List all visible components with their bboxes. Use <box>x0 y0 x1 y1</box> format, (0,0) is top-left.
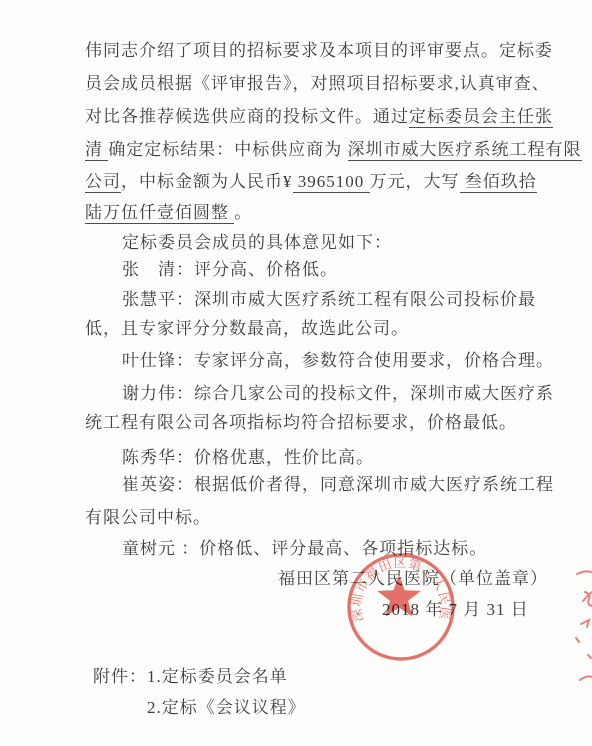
doc-line-11: 叶仕锋：专家评分高，参数符合使用要求，价格合理。 <box>122 350 554 372</box>
underlined-text: 叁佰玖拾 <box>460 172 537 193</box>
doc-line-16: 有限公司中标。 <box>85 507 211 529</box>
text-run: 伟同志介绍了项目的招标要求及本项目的评审要点。定标委 <box>85 41 553 60</box>
doc-line-12: 谢力伟：综合几家公司的投标文件，深圳市威大医疗系 <box>122 383 554 405</box>
text-run: 对比各推荐候选供应商的投标文件。通过 <box>85 107 409 126</box>
signature-org-line: 福田区第二人民医院（单位盖章） <box>278 568 548 590</box>
ink-mark-icon <box>580 676 592 680</box>
underlined-text: 深圳市威大医疗系统工程有限 <box>348 140 582 161</box>
doc-line-14: 陈秀华：价格优惠，性价比高。 <box>122 447 374 469</box>
doc-line-17: 童树元 ：价格低、评分最高、各项指标达标。 <box>122 538 487 560</box>
text-run: 员会成员根据《评审报告》，对照项目招标要求,认真审查、 <box>85 74 550 93</box>
text-run: 确定定标结果：中标供应商为 <box>108 140 347 159</box>
text-run: 定标委员会成员的具体意见如下： <box>122 233 392 252</box>
ink-mark-icon <box>577 571 591 574</box>
underlined-text: 清 <box>85 140 108 161</box>
doc-line-1: 伟同志介绍了项目的招标要求及本项目的评审要点。定标委 <box>85 40 553 62</box>
doc-line-6: 陆万伍仟壹佰圆整 。 <box>85 202 252 224</box>
ink-mark-icon <box>583 592 592 606</box>
text-run: 2.定标《会议议程》 <box>147 698 306 717</box>
doc-line-2: 员会成员根据《评审报告》，对照项目招标要求,认真审查、 <box>85 73 550 95</box>
text-run: ，中标金额为人民币¥ <box>121 172 293 191</box>
doc-line-8: 张 清：评分高、价格低。 <box>122 259 338 281</box>
ink-mark-icon <box>588 655 591 658</box>
doc-line-7: 定标委员会成员的具体意见如下： <box>122 232 392 254</box>
text-run: 陈秀华：价格优惠，性价比高。 <box>122 448 374 467</box>
text-run: 。 <box>234 203 252 222</box>
org-name: 福田区第二人民医院（单位盖章） <box>278 569 548 588</box>
text-run: 统工程有限公司各项指标均符合招标要求，价格最低。 <box>85 413 517 432</box>
underlined-text: 定标委员会主任张 <box>409 107 553 128</box>
signature-date-line: 2018 年 7 月 31 日 <box>382 599 529 621</box>
text-run: 低，且专家评分分数最高，故选此公司。 <box>85 319 409 338</box>
ink-mark-icon <box>581 620 589 627</box>
doc-line-3: 对比各推荐候选供应商的投标文件。通过定标委员会主任张 <box>85 106 553 128</box>
attachment-line-1: 附件：1.定标委员会名单 <box>93 666 288 688</box>
doc-line-13: 统工程有限公司各项指标均符合招标要求，价格最低。 <box>85 412 517 434</box>
doc-line-9: 张慧平：深圳市威大医疗系统工程有限公司投标价最 <box>122 289 536 311</box>
attachment-line-2: 2.定标《会议议程》 <box>147 697 306 719</box>
text-run: 万元，大写 <box>370 172 460 191</box>
text-run: 谢力伟：综合几家公司的投标文件，深圳市威大医疗系 <box>122 384 554 403</box>
text-run: 崔英姿：根据低价者得，同意深圳市威大医疗系统工程 <box>122 475 554 494</box>
doc-line-4: 清 确定定标结果：中标供应商为 深圳市威大医疗系统工程有限 <box>85 139 582 161</box>
ink-mark-icon <box>576 638 579 642</box>
underlined-text: 公司 <box>85 172 121 193</box>
scanned-document-page: 伟同志介绍了项目的招标要求及本项目的评审要点。定标委 员会成员根据《评审报告》，… <box>0 0 592 746</box>
doc-line-10: 低，且专家评分分数最高，故选此公司。 <box>85 318 409 340</box>
text-run: 有限公司中标。 <box>85 508 211 527</box>
doc-line-5: 公司，中标金额为人民币¥ 3965100 万元，大写 叁佰玖拾 <box>85 171 537 193</box>
text-run: 张慧平：深圳市威大医疗系统工程有限公司投标价最 <box>122 290 536 309</box>
text-run: 张 清：评分高、价格低。 <box>122 260 338 279</box>
underlined-text: 陆万伍仟壹佰圆整 <box>85 203 234 224</box>
underlined-bid-amount: 3965100 <box>293 172 370 193</box>
text-run: 童树元 ：价格低、评分最高、各项指标达标。 <box>122 539 487 558</box>
date-text: 2018 年 7 月 31 日 <box>382 600 529 619</box>
text-run: 附件：1.定标委员会名单 <box>93 667 288 686</box>
doc-line-15: 崔英姿：根据低价者得，同意深圳市威大医疗系统工程 <box>122 474 554 496</box>
text-run: 叶仕锋：专家评分高，参数符合使用要求，价格合理。 <box>122 351 554 370</box>
